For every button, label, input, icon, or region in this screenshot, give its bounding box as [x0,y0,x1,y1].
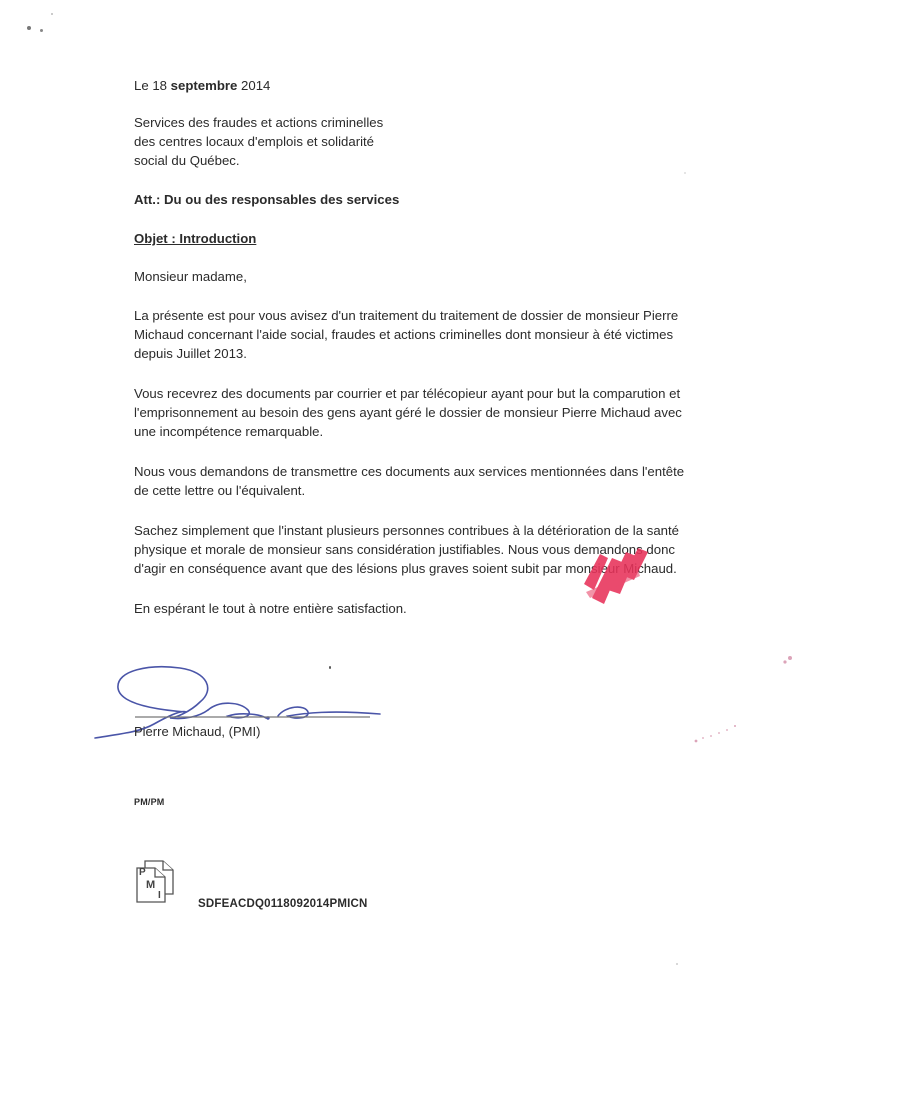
stray-pen-marks [685,640,805,740]
logo-letter-m: M [146,879,155,891]
scan-speck [51,13,53,15]
paragraph-line: Nous vous demandons de transmettre ces d… [134,462,684,481]
recipient-line: social du Québec. [134,151,240,170]
paragraph-line: l'emprisonnement au besoin des gens ayan… [134,403,682,422]
scanned-letter-page: Le 18 septembre 2014 Services des fraude… [0,0,900,1100]
ink-dot [329,666,331,669]
paragraph-line: de cette lettre ou l'équivalent. [134,481,305,500]
closing-line: En espérant le tout à notre entière sati… [134,599,407,618]
initials: PM/PM [134,793,165,812]
paragraph-line: Michaud concernant l'aide social, fraude… [134,325,673,344]
logo-letter-i: I [158,890,161,901]
recipient-line: des centres locaux d'emplois et solidari… [134,132,374,151]
scan-speck [27,26,31,30]
date-day: Le 18 [134,78,171,93]
paragraph-line: depuis Juillet 2013. [134,344,247,363]
logo-letter-p: P [139,867,146,878]
attention-line: Att.: Du ou des responsables des service… [134,190,399,209]
reference-code: SDFEACDQ0118092014PMICN [198,895,368,914]
paragraph-line: Sachez simplement que l'instant plusieur… [134,521,679,540]
paragraph-line: une incompétence remarquable. [134,422,323,441]
recipient-line: Services des fraudes et actions criminel… [134,113,383,132]
scan-speck [684,172,686,174]
paragraph-line: Vous recevrez des documents par courrier… [134,384,680,403]
signature-name: Pierre Michaud, (PMI) [134,722,260,741]
letter-date: Le 18 septembre 2014 [134,76,270,95]
date-month: septembre [171,78,238,93]
paragraph-line: La présente est pour vous avisez d'un tr… [134,306,678,325]
salutation: Monsieur madame, [134,267,247,286]
red-stamp-mark [578,540,668,610]
scan-speck [40,29,43,32]
subject-line: Objet : Introduction [134,229,256,248]
date-year: 2014 [237,78,270,93]
scan-speck [676,963,678,965]
